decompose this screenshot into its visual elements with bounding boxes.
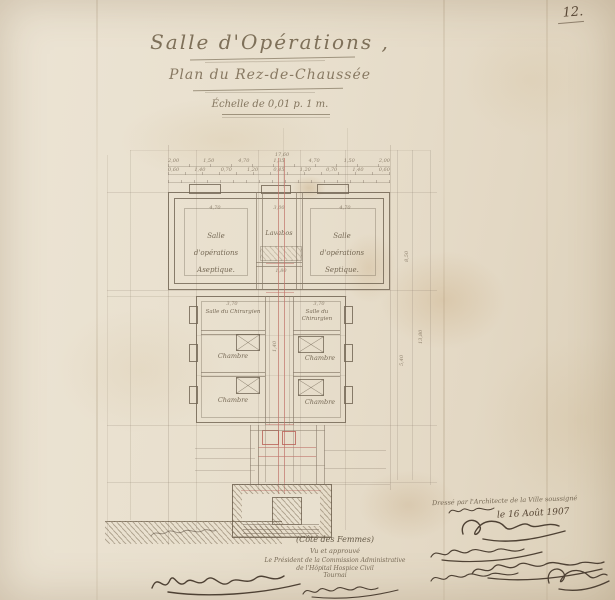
scanned-plan-sheet: 12. Salle d'Opérations , Plan du Rez-de-… [0, 0, 615, 600]
title-underline [190, 57, 355, 61]
dim-right-3: 13,80 [418, 330, 424, 344]
window-bay-left-3 [189, 386, 198, 404]
note-vu: Vu et approuvé [295, 548, 375, 556]
drawing-subtitle: Plan du Rez-de-Chaussée [130, 67, 410, 84]
room-label-chambre-1: Chambre [206, 353, 260, 361]
note-cote: (Côté des Femmes) [265, 535, 405, 545]
scale-note: Échelle de 0,01 p. 1 m. [130, 99, 410, 111]
scale-underline-2 [222, 117, 330, 118]
window-bay-right-3 [344, 386, 353, 404]
ink-signature-1 [148, 566, 308, 598]
note-place: Tournai [300, 572, 370, 579]
ink-signature-4 [455, 514, 570, 544]
window-bay-left-1 [189, 306, 198, 324]
title-underline-2 [205, 60, 325, 63]
paper-fold-middle [443, 0, 445, 600]
window-bay-right-2 [344, 344, 353, 362]
room-label-surgeon-right: Salle du Chirurgien [292, 309, 342, 322]
ink-signature-7 [428, 568, 523, 588]
subtitle-underline-2 [205, 92, 315, 93]
bed-symbol-4 [298, 379, 324, 396]
bay-window-right [317, 184, 349, 194]
drawing-title: Salle d'Opérations , [130, 30, 410, 54]
dim-row-2: 0,601,400,701,200,451,200,701,400,60 [168, 167, 390, 173]
room-label-surgeon-left: Salle du Chirurgien [202, 309, 264, 316]
bed-symbol-1 [236, 334, 260, 351]
room-label-chambre-2: Chambre [296, 355, 344, 363]
room-label-lavabos: Lavabos [256, 230, 302, 238]
ink-signature-2 [300, 582, 405, 599]
red-vestibule-room-1 [262, 430, 279, 445]
bed-symbol-3 [236, 377, 260, 394]
pencil-scribble [148, 526, 218, 540]
room-label-chambre-3: Chambre [206, 397, 260, 405]
subtitle-underline [193, 88, 343, 92]
dim-row-1: 2,001,504,701,354,701,502,00 [168, 158, 390, 164]
ink-signature-8 [543, 563, 611, 593]
bay-window-center [261, 185, 291, 194]
dim-right-2: 5,40 [399, 355, 405, 366]
room-label-chambre-4: Chambre [296, 399, 344, 407]
sterilizer-fixture [260, 246, 302, 261]
scale-underline [222, 114, 330, 115]
window-bay-right-1 [344, 306, 353, 324]
room-label-septique: Salle d'opérations Septique. [302, 228, 382, 279]
sheet-number: 12. [555, 4, 590, 22]
room-label-aseptique: Salle d'opérations Aseptique. [176, 228, 256, 279]
window-bay-left-2 [189, 344, 198, 362]
dim-right-1: 8,50 [404, 251, 410, 262]
note-president-1: Le Président de la Commission Administra… [252, 557, 418, 564]
red-vestibule-room-2 [282, 431, 296, 445]
bed-symbol-2 [298, 336, 324, 353]
paper-fold-left [96, 0, 98, 600]
bay-window-left [189, 184, 221, 194]
